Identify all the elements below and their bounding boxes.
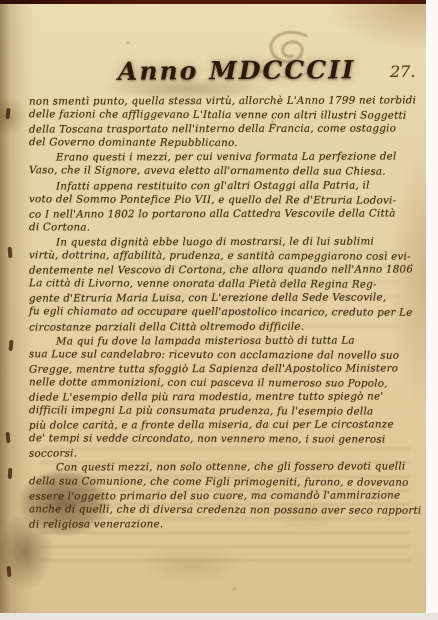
- handwritten-line: Ma qui fu dove la lampada misteriosa but…: [29, 333, 415, 348]
- handwritten-line: In questa dignità ebbe luogo di mostrars…: [29, 234, 415, 249]
- handwritten-line: anche di quelli, che di diversa credenza…: [29, 502, 415, 518]
- handwritten-line: della sua Comunione, che come Figli prim…: [29, 474, 415, 490]
- paragraph: Erano questi i mezzi, per cui veniva for…: [29, 150, 415, 178]
- page-header: Anno MDCCCII 27.: [0, 56, 426, 92]
- binding-stitch: [8, 468, 13, 479]
- page-title: Anno MDCCCII: [118, 55, 356, 86]
- handwritten-line: circostanze parziali della Città oltremo…: [29, 319, 415, 334]
- paragraph: Infatti appena restituito con gl'altri O…: [29, 179, 415, 235]
- handwritten-line: virtù, dottrina, affabilità, prudenza, e…: [29, 248, 415, 264]
- paragraph: non smentì punto, quella stessa virtù, a…: [29, 94, 415, 150]
- binding-stitch: [9, 340, 14, 351]
- handwritten-line: Infatti appena restituito con gl'altri O…: [29, 178, 415, 193]
- handwritten-line: nelle dotte ammonizioni, con cui pasceva…: [29, 375, 415, 391]
- handwritten-line: fu egli chiamato ad occupare quell'apost…: [29, 305, 415, 321]
- book-top-edge: [0, 0, 426, 4]
- handwritten-line: sua Luce sul candelabro: ricevuto con ac…: [29, 347, 415, 363]
- handwritten-line: Gregge, mentre tutta sfoggiò La Sapienza…: [29, 361, 415, 376]
- manuscript-text: non smentì punto, quella stessa virtù, a…: [29, 94, 415, 531]
- page-number: 27.: [390, 62, 415, 81]
- handwritten-line: essere l'oggetto primario del suo cuore,…: [29, 488, 415, 503]
- handwritten-line: difficili impegni La più consumata prude…: [29, 403, 415, 419]
- handwritten-line: Con questi mezzi, non solo ottenne, che …: [29, 460, 415, 475]
- binding-stitch: [7, 566, 12, 577]
- paragraph: Con questi mezzi, non solo ottenne, che …: [29, 460, 415, 530]
- handwritten-line: di religiosa venerazione.: [29, 516, 415, 531]
- binding-stitch: [8, 247, 13, 258]
- handwritten-line: non smentì punto, quella stessa virtù, a…: [29, 93, 415, 108]
- handwritten-line: di Cortona.: [29, 220, 415, 236]
- binding-stitch: [5, 108, 10, 119]
- photo-border-right: [426, 0, 438, 620]
- paragraph: Ma qui fu dove la lampada misteriosa but…: [29, 334, 415, 461]
- handwritten-line: co I nell'Anno 1802 lo portarono alla Ca…: [29, 206, 415, 221]
- handwritten-line: voto del Sommo Pontefice Pio VII, e quel…: [29, 192, 415, 208]
- handwritten-line: Vaso, che il Signore, aveva eletto all'o…: [29, 164, 415, 180]
- photo-border-bottom: [0, 613, 438, 620]
- handwritten-line: diede L'esempio della più rara modestia,…: [29, 389, 415, 404]
- manuscript-photo: Anno MDCCCII 27. non smentì punto, quell…: [0, 0, 438, 620]
- paragraph: In questa dignità ebbe luogo di mostrars…: [29, 235, 415, 334]
- manuscript-page: Anno MDCCCII 27. non smentì punto, quell…: [0, 0, 426, 613]
- binding-stitch: [5, 432, 10, 443]
